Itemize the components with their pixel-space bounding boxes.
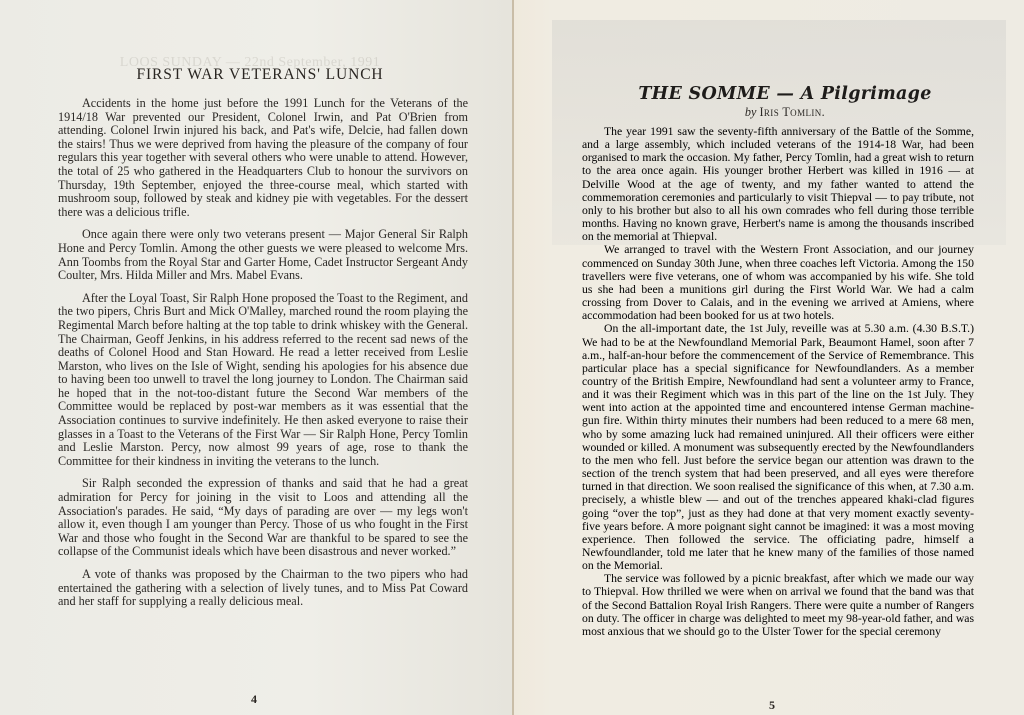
book-gutter	[512, 0, 514, 715]
left-page: LOOS SUNDAY — 22nd September, 1991 FIRST…	[0, 0, 512, 715]
paragraph: After the Loyal Toast, Sir Ralph Hone pr…	[58, 292, 468, 469]
paragraph: Sir Ralph seconded the expression of tha…	[58, 477, 468, 559]
paragraph: The year 1991 saw the seventy-fifth anni…	[582, 125, 974, 243]
author-name: Iris Tomlin.	[759, 105, 825, 119]
paragraph: We arranged to travel with the Western F…	[582, 243, 974, 322]
booklet-spread: LOOS SUNDAY — 22nd September, 1991 FIRST…	[0, 0, 1024, 715]
article-body-somme: The year 1991 saw the seventy-fifth anni…	[582, 125, 974, 638]
page-number: 4	[251, 692, 257, 707]
byline: by Iris Tomlin.	[575, 105, 995, 120]
article-body-veterans-lunch: Accidents in the home just before the 19…	[58, 97, 468, 618]
article-title-somme: THE SOMME — A Pilgrimage	[575, 84, 995, 104]
paragraph: A vote of thanks was proposed by the Cha…	[58, 568, 468, 609]
byline-prefix: by	[745, 105, 757, 119]
article-title-veterans-lunch: FIRST WAR VETERANS' LUNCH	[60, 66, 460, 84]
paragraph: Once again there were only two veterans …	[58, 228, 468, 282]
paragraph: Accidents in the home just before the 19…	[58, 97, 468, 219]
paragraph: On the all-important date, the 1st July,…	[582, 322, 974, 572]
page-number: 5	[769, 698, 775, 713]
paragraph: The service was followed by a picnic bre…	[582, 572, 974, 638]
